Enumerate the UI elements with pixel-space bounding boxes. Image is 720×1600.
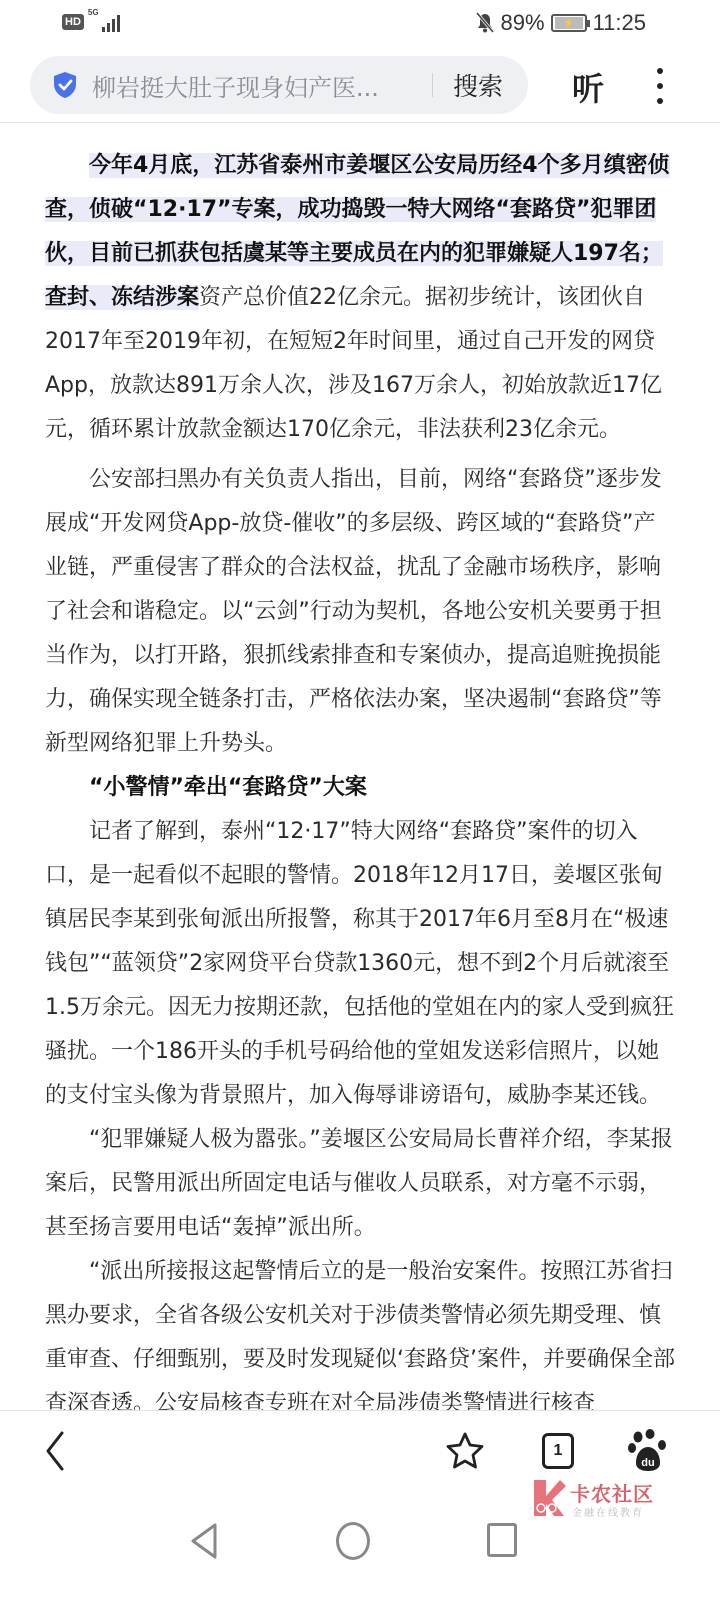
bookmark-star-icon[interactable] <box>445 1431 485 1471</box>
article-paragraph-1: 今年4月底，江苏省泰州市姜堰区公安局历经4个多月缜密侦查，侦破“12·17”专案… <box>45 144 675 452</box>
more-menu-icon[interactable] <box>652 68 668 104</box>
article-paragraph-5: “派出所接报这起警情后立的是一般治安案件。按照江苏省扫黑办要求，全省各级公安机关… <box>45 1250 675 1426</box>
tab-switcher-button[interactable]: 1 <box>542 1433 574 1469</box>
address-bar[interactable]: 柳岩挺大肚子现身妇产医... 搜索 <box>30 56 528 114</box>
svg-text:du: du <box>641 1457 654 1469</box>
article-paragraph-3: 记者了解到，泰州“12·17”特大网络“套路贷”案件的切入口，是一起看似不起眼的… <box>45 810 675 1118</box>
listen-button[interactable]: 听 <box>572 64 604 110</box>
system-home-icon[interactable] <box>336 1522 370 1560</box>
header-divider <box>0 122 720 123</box>
watermark-title: 卡农社区 <box>570 1478 654 1507</box>
browser-toolbar: 柳岩挺大肚子现身妇产医... 搜索 听 <box>0 54 720 116</box>
search-button[interactable]: 搜索 <box>453 67 503 103</box>
security-shield-icon <box>52 71 78 99</box>
status-left: HD 5G <box>62 12 120 32</box>
page-title-in-address-bar[interactable]: 柳岩挺大肚子现身妇产医... <box>92 68 422 103</box>
battery-percent: 89% <box>501 10 545 36</box>
status-bar: HD 5G 89% ⚡ 11:25 <box>0 0 720 48</box>
system-nav-bar <box>0 1510 720 1600</box>
hd-icon: HD <box>62 14 84 30</box>
status-right: 89% ⚡ 11:25 <box>475 10 646 36</box>
system-back-icon[interactable] <box>187 1522 221 1560</box>
article-subheading: “小警情”牵出“套路贷”大案 <box>45 766 675 810</box>
back-arrow-icon[interactable] <box>40 1429 70 1473</box>
article-body: 今年4月底，江苏省泰州市姜堰区公安局历经4个多月缜密侦查，侦破“12·17”专案… <box>45 144 675 1426</box>
baidu-paw-icon[interactable]: du <box>628 1429 668 1473</box>
battery-charging-icon: ⚡ <box>551 14 587 32</box>
signal-icon: 5G <box>90 12 120 32</box>
article-paragraph-2: 公安部扫黑办有关负责人指出，目前，网络“套路贷”逐步发展成“开发网贷App-放贷… <box>45 458 675 766</box>
clock: 11:25 <box>593 10 646 36</box>
mute-bell-icon <box>475 12 495 34</box>
divider <box>432 73 433 97</box>
system-recents-icon[interactable] <box>487 1523 517 1557</box>
article-paragraph-4: “犯罪嫌疑人极为嚣张。”姜堰区公安局局长曹祥介绍，李某报案后，民警用派出所固定电… <box>45 1118 675 1250</box>
